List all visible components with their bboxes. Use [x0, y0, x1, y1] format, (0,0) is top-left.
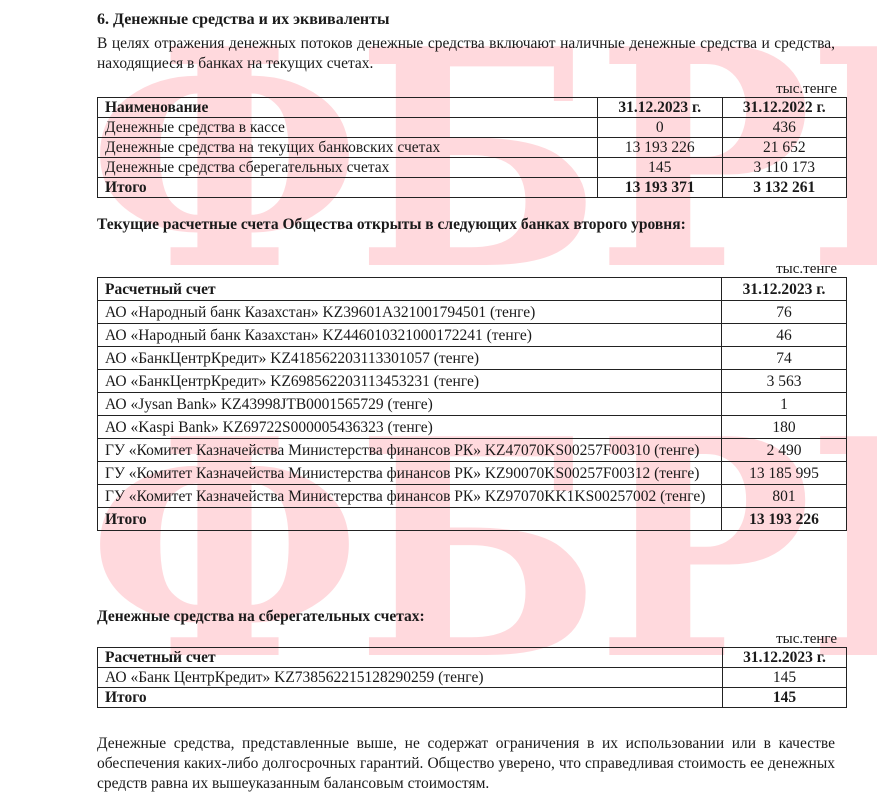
total-label: Итого [98, 178, 598, 198]
value-cell: 76 [722, 301, 847, 324]
value-cell: 436 [722, 118, 847, 138]
unit-label: тыс.тенге [776, 631, 837, 648]
total-label: Итого [98, 688, 723, 708]
table-row: АО «БанкЦентрКредит» KZ69856220311345323… [98, 370, 847, 393]
table-row: АО «Банк ЦентрКредит» KZ7385622151282902… [98, 668, 847, 688]
header-cell: 31.12.2023 г. [723, 648, 847, 668]
header-cell: 31.12.2023 г. [722, 278, 847, 301]
table-row: ГУ «Комитет Казначейства Министерства фи… [98, 485, 847, 508]
row-label: Денежные средства на текущих банковских … [98, 138, 598, 158]
savings-accounts-heading: Денежные средства на сберегательных счет… [97, 608, 425, 626]
header-cell: Расчетный счет [98, 278, 722, 301]
table-row: ГУ «Комитет Казначейства Министерства фи… [98, 439, 847, 462]
table-row: АО «БанкЦентрКредит» KZ41856220311330105… [98, 347, 847, 370]
account-name: ГУ «Комитет Казначейства Министерства фи… [98, 439, 722, 462]
account-name: ГУ «Комитет Казначейства Министерства фи… [98, 462, 722, 485]
value-cell: 145 [723, 668, 847, 688]
current-accounts-table: Расчетный счет 31.12.2023 г. АО «Народны… [97, 277, 847, 531]
table-header-row: Наименование 31.12.2023 г. 31.12.2022 г. [98, 98, 847, 118]
row-label: Денежные средства в кассе [98, 118, 598, 138]
value-cell: 0 [598, 118, 722, 138]
account-name: ГУ «Комитет Казначейства Министерства фи… [98, 485, 722, 508]
table-row: Денежные средства сберегательных счетах … [98, 158, 847, 178]
table-row: Денежные средства на текущих банковских … [98, 138, 847, 158]
current-accounts-heading: Текущие расчетные счета Общества открыты… [97, 216, 686, 234]
table-row: АО «Kaspi Bank» KZ69722S000005436323 (те… [98, 416, 847, 439]
account-name: АО «Jysan Bank» KZ43998JTB0001565729 (те… [98, 393, 722, 416]
header-cell: 31.12.2023 г. [598, 98, 722, 118]
value-cell: 74 [722, 347, 847, 370]
account-name: АО «Народный банк Казахстан» KZ446010321… [98, 324, 722, 347]
table-row: АО «Jysan Bank» KZ43998JTB0001565729 (те… [98, 393, 847, 416]
table-header-row: Расчетный счет 31.12.2023 г. [98, 278, 847, 301]
total-row: Итого 145 [98, 688, 847, 708]
value-cell: 180 [722, 416, 847, 439]
value-cell: 13 193 226 [598, 138, 722, 158]
row-label: Денежные средства сберегательных счетах [98, 158, 598, 178]
closing-paragraph: Денежные средства, представленные выше, … [97, 734, 835, 793]
header-cell: Расчетный счет [98, 648, 723, 668]
value-cell: 1 [722, 393, 847, 416]
table-header-row: Расчетный счет 31.12.2023 г. [98, 648, 847, 668]
value-cell: 3 563 [722, 370, 847, 393]
unit-label: тыс.тенге [776, 261, 837, 278]
intro-paragraph: В целях отражения денежных потоков денеж… [97, 34, 835, 74]
total-row: Итого 13 193 226 [98, 508, 847, 531]
total-value: 145 [723, 688, 847, 708]
value-cell: 2 490 [722, 439, 847, 462]
total-value: 13 193 226 [722, 508, 847, 531]
account-name: АО «Народный банк Казахстан» KZ39601A321… [98, 301, 722, 324]
account-name: АО «Kaspi Bank» KZ69722S000005436323 (те… [98, 416, 722, 439]
table-row: АО «Народный банк Казахстан» KZ446010321… [98, 324, 847, 347]
table-row: Денежные средства в кассе 0 436 [98, 118, 847, 138]
total-label: Итого [98, 508, 722, 531]
section-heading: 6. Денежные средства и их эквиваленты [97, 11, 389, 29]
total-row: Итого 13 193 371 3 132 261 [98, 178, 847, 198]
value-cell: 21 652 [722, 138, 847, 158]
value-cell: 145 [598, 158, 722, 178]
header-cell: Наименование [98, 98, 598, 118]
total-value: 13 193 371 [598, 178, 722, 198]
value-cell: 801 [722, 485, 847, 508]
table-row: ГУ «Комитет Казначейства Министерства фи… [98, 462, 847, 485]
unit-label: тыс.тенге [776, 81, 837, 98]
account-name: АО «Банк ЦентрКредит» KZ7385622151282902… [98, 668, 723, 688]
account-name: АО «БанкЦентрКредит» KZ41856220311330105… [98, 347, 722, 370]
cash-summary-table: Наименование 31.12.2023 г. 31.12.2022 г.… [97, 97, 847, 198]
table-row: АО «Народный банк Казахстан» KZ39601A321… [98, 301, 847, 324]
header-cell: 31.12.2022 г. [722, 98, 847, 118]
savings-accounts-table: Расчетный счет 31.12.2023 г. АО «Банк Це… [97, 647, 847, 708]
total-value: 3 132 261 [722, 178, 847, 198]
value-cell: 46 [722, 324, 847, 347]
value-cell: 3 110 173 [722, 158, 847, 178]
value-cell: 13 185 995 [722, 462, 847, 485]
account-name: АО «БанкЦентрКредит» KZ69856220311345323… [98, 370, 722, 393]
